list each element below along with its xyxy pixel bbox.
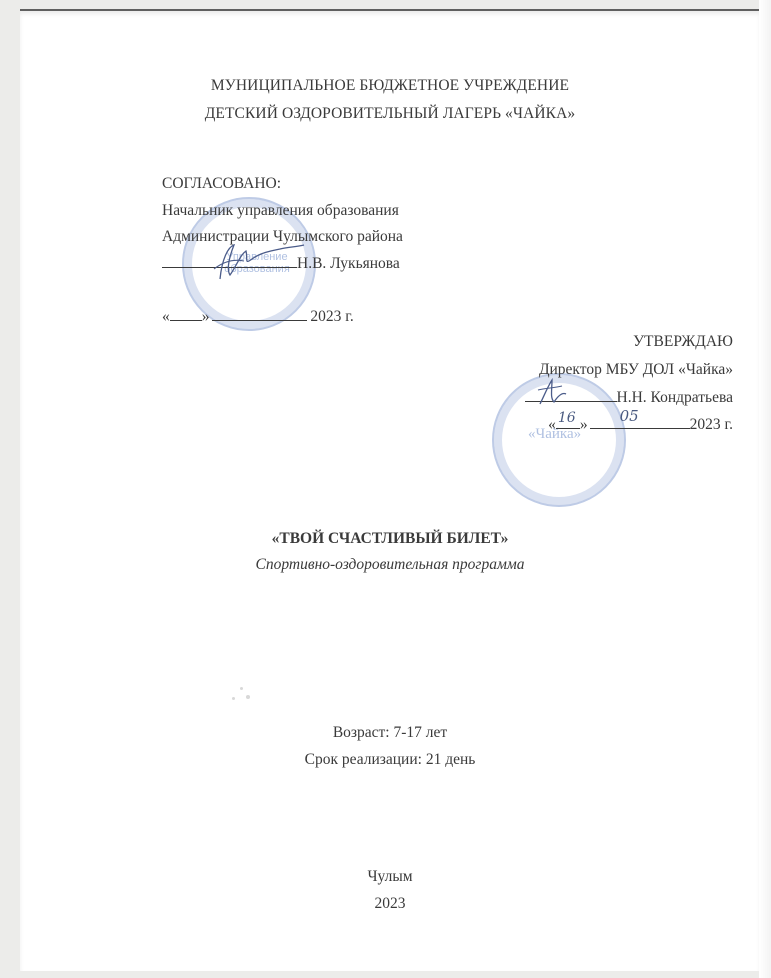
institution-type: МУНИЦИПАЛЬНОЕ БЮДЖЕТНОЕ УЧРЕЖДЕНИЕ	[20, 76, 760, 96]
approved-date-open-quote: «	[548, 416, 556, 433]
approved-title: УТВЕРЖДАЮ	[633, 332, 733, 352]
year: 2023	[20, 894, 760, 914]
agreed-position: Начальник управления образования	[162, 201, 399, 221]
approved-signer: Н.Н. Кондратьева	[617, 389, 733, 406]
age-range: Возраст: 7-17 лет	[20, 723, 760, 743]
agreed-signer: Н.В. Лукьянова	[297, 255, 400, 272]
agreed-date-close-quote: »	[202, 308, 210, 325]
implementation-period: Срок реализации: 21 день	[20, 750, 760, 770]
document-page: МУНИЦИПАЛЬНОЕ БЮДЖЕТНОЕ УЧРЕЖДЕНИЕ ДЕТСК…	[20, 9, 760, 971]
scan-speck	[232, 697, 235, 700]
approved-date-day-blank: 16	[556, 414, 580, 429]
approved-date-day: 16	[558, 408, 576, 428]
approved-signature-blank	[525, 387, 617, 402]
program-subtitle: Спортивно-оздоровительная программа	[20, 555, 760, 575]
scan-speck	[240, 687, 243, 690]
approved-position: Директор МБУ ДОЛ «Чайка»	[539, 360, 733, 380]
approved-date-month-blank: 05	[590, 414, 690, 429]
agreed-date-year: 2023 г.	[310, 308, 353, 325]
approved-date-line: «16»052023 г.	[548, 414, 733, 435]
city: Чулым	[20, 867, 760, 887]
approved-signature-line: Н.Н. Кондратьева	[525, 387, 733, 408]
approved-date-close-quote: »	[580, 416, 588, 433]
scan-edge	[759, 0, 771, 978]
program-title: «ТВОЙ СЧАСТЛИВЫЙ БИЛЕТ»	[20, 529, 760, 549]
agreed-date-month-blank	[212, 306, 307, 321]
agreed-date-line: «» 2023 г.	[162, 306, 354, 327]
scan-speck	[246, 695, 250, 699]
approved-date-year: 2023 г.	[690, 416, 733, 433]
institution-name: ДЕТСКИЙ ОЗДОРОВИТЕЛЬНЫЙ ЛАГЕРЬ «ЧАЙКА»	[20, 104, 760, 124]
agreed-signature-line: Н.В. Лукьянова	[162, 253, 400, 274]
approved-date-month: 05	[620, 406, 639, 426]
agreed-date-day-blank	[170, 306, 202, 321]
agreed-signature-blank	[162, 253, 297, 268]
agreed-date-open-quote: «	[162, 308, 170, 325]
agreed-organization: Администрации Чулымского района	[162, 227, 403, 247]
agreed-title: СОГЛАСОВАНО:	[162, 174, 281, 194]
